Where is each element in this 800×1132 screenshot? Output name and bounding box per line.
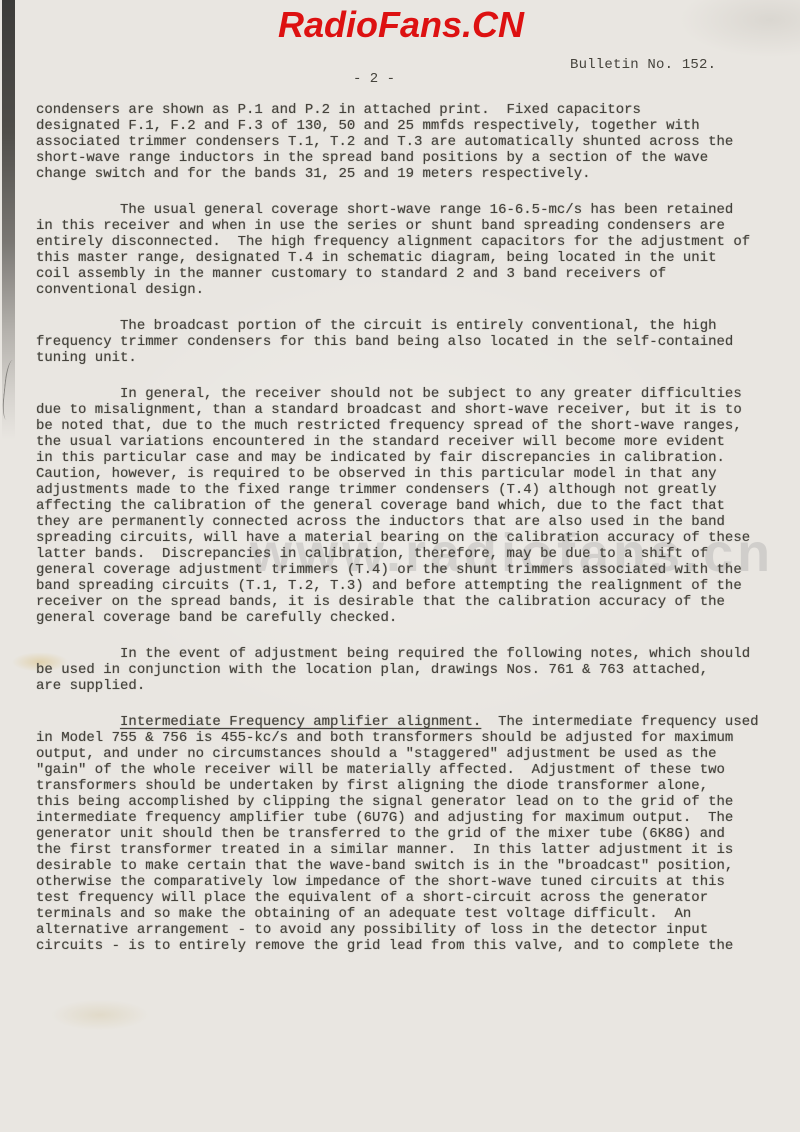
scanned-document-page: RadioFans.CN Bulletin No. 152. - 2 - www… <box>0 0 800 1132</box>
paragraph-if-alignment: Intermediate Frequency amplifier alignme… <box>36 714 778 954</box>
section-heading-if-alignment: Intermediate Frequency amplifier alignme… <box>120 714 481 730</box>
radiofans-watermark: RadioFans.CN <box>278 4 524 46</box>
page-number: - 2 - <box>353 71 395 87</box>
if-alignment-text: The intermediate frequency used in Model… <box>36 714 759 954</box>
paragraph-capacitors: condensers are shown as P.1 and P.2 in a… <box>36 102 778 182</box>
heading-indent <box>36 714 120 730</box>
paragraph-alignment-caution: In general, the receiver should not be s… <box>36 386 778 626</box>
paragraph-broadcast-portion: The broadcast portion of the circuit is … <box>36 318 778 366</box>
document-body: condensers are shown as P.1 and P.2 in a… <box>36 102 778 974</box>
paragraph-general-coverage: The usual general coverage short-wave ra… <box>36 202 778 298</box>
bulletin-number: Bulletin No. 152. <box>570 57 716 73</box>
paragraph-adjustment-notes: In the event of adjustment being require… <box>36 646 778 694</box>
